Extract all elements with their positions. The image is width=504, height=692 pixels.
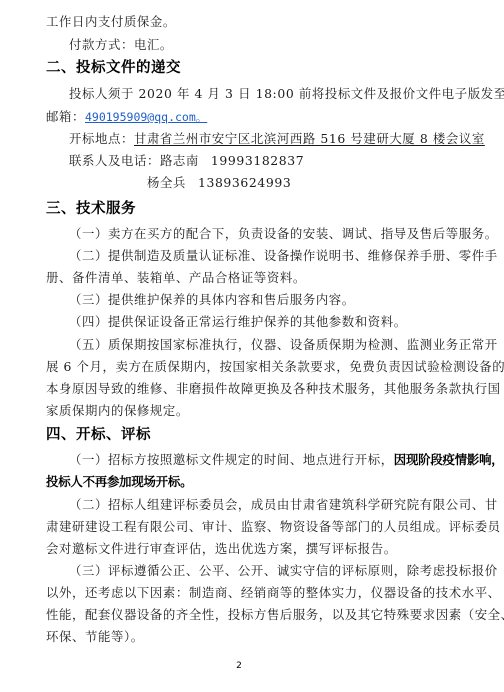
section-heading-3: 三、技术服务 [46,201,436,217]
service-item: （一）卖方在买方的配合下，负责设备的安装、调试、指导及售后等服务。 [69,226,436,242]
page-number: 2 [0,661,478,671]
contact-line-2: 杨全兵13893624993 [69,175,436,191]
evaluation-item-1: （一）招标方按照邀标文件规定的时间、地点进行开标，因现阶段疫情影响， [69,452,436,468]
service-item: （二）提供制造及质量认证标准、设备操作说明书、维修保养手册、零件手 [69,248,436,264]
service-item-cont: 家质保期内的保修规定。 [46,403,436,419]
document-page: 工作日内支付质保金。 付款方式：电汇。 二、投标文件的递交 投标人须于 2020… [0,0,504,692]
contact-name: 杨全兵 [147,175,186,190]
contact-phone: 19993182837 [211,153,304,168]
evaluation-item-2-cont: 会对邀标文件进行审查评估，选出优选方案，撰写评标报告。 [46,541,436,557]
evaluation-item-2-cont: 肃建研建设工程有限公司、审计、监察、物资设备等部门的人员组成。评标委员 [46,519,436,535]
service-item-cont: 本身原因导致的维修、非磨损件故障更换及各种技术服务，其他服务条款执行国 [46,381,436,397]
evaluation-item-2: （二）招标人组建评标委员会，成员由甘肃省建筑科学研究院有限公司、甘 [69,497,436,513]
section-heading-4: 四、开标、评标 [46,427,436,443]
email-label: 邮箱： [46,109,85,124]
location-line: 开标地点：甘肃省兰州市安宁区北滨河西路 516 号建研大厦 8 楼会议室 [69,131,436,147]
location-label: 开标地点： [69,131,134,146]
service-item: （四）提供保证设备正常运行维护保养的其他参数和资料。 [69,314,436,330]
evaluation-item-3-cont: 环保、节能等）。 [46,629,436,645]
evaluation-item-1-text: （一）招标方按照邀标文件规定的时间、地点进行开标， [69,452,394,467]
service-item: （三）提供维护保养的具体内容和售后服务内容。 [69,292,436,308]
email-line: 邮箱：490195909@qq.com。 [46,109,436,125]
submit-deadline-text: 投标人须于 2020 年 4 月 3 日 18:00 前将投标文件及报价文件电子… [69,86,436,102]
section-heading-2: 二、投标文件的递交 [46,60,436,76]
email-link[interactable]: 490195909@qq.com。 [85,110,207,124]
contact-name: 路志南 [160,153,199,168]
service-item-cont: 册、备件清单、装箱单、产品合格证等资料。 [46,270,436,286]
evaluation-item-1-bold: 因现阶段疫情影响， [394,452,504,467]
location-value: 甘肃省兰州市安宁区北滨河西路 516 号建研大厦 8 楼会议室 [134,131,485,146]
contact-line-1: 联系人及电话：路志南19993182837 [69,153,436,169]
contact-phone: 13893624993 [198,175,291,190]
evaluation-item-3-cont: 以外，还考虑以下因素：制造商、经销商等的整体实力，仪器设备的技术水平、 [46,585,436,601]
contact-label: 联系人及电话： [69,153,160,168]
evaluation-item-3-cont: 性能，配套仪器设备的齐全性，投标方售后服务，以及其它特殊要求因素（安全、 [46,607,436,623]
service-item: （五）质保期按国家标准执行，仪器、设备质保期为检测、监测业务正常开 [69,337,436,353]
evaluation-item-1-bold-cont: 投标人不再参加现场开标。 [46,474,436,490]
paragraph-line: 工作日内支付质保金。 [46,14,436,30]
service-item-cont: 展 6 个月，卖方在质保期内，按国家相关条款要求，免费负责因试验检测设备的 [46,359,436,375]
payment-method: 付款方式：电汇。 [69,37,436,53]
evaluation-item-3: （三）评标遵循公正、公平、公开、诚实守信的评标原则，除考虑投标报价 [69,563,436,579]
